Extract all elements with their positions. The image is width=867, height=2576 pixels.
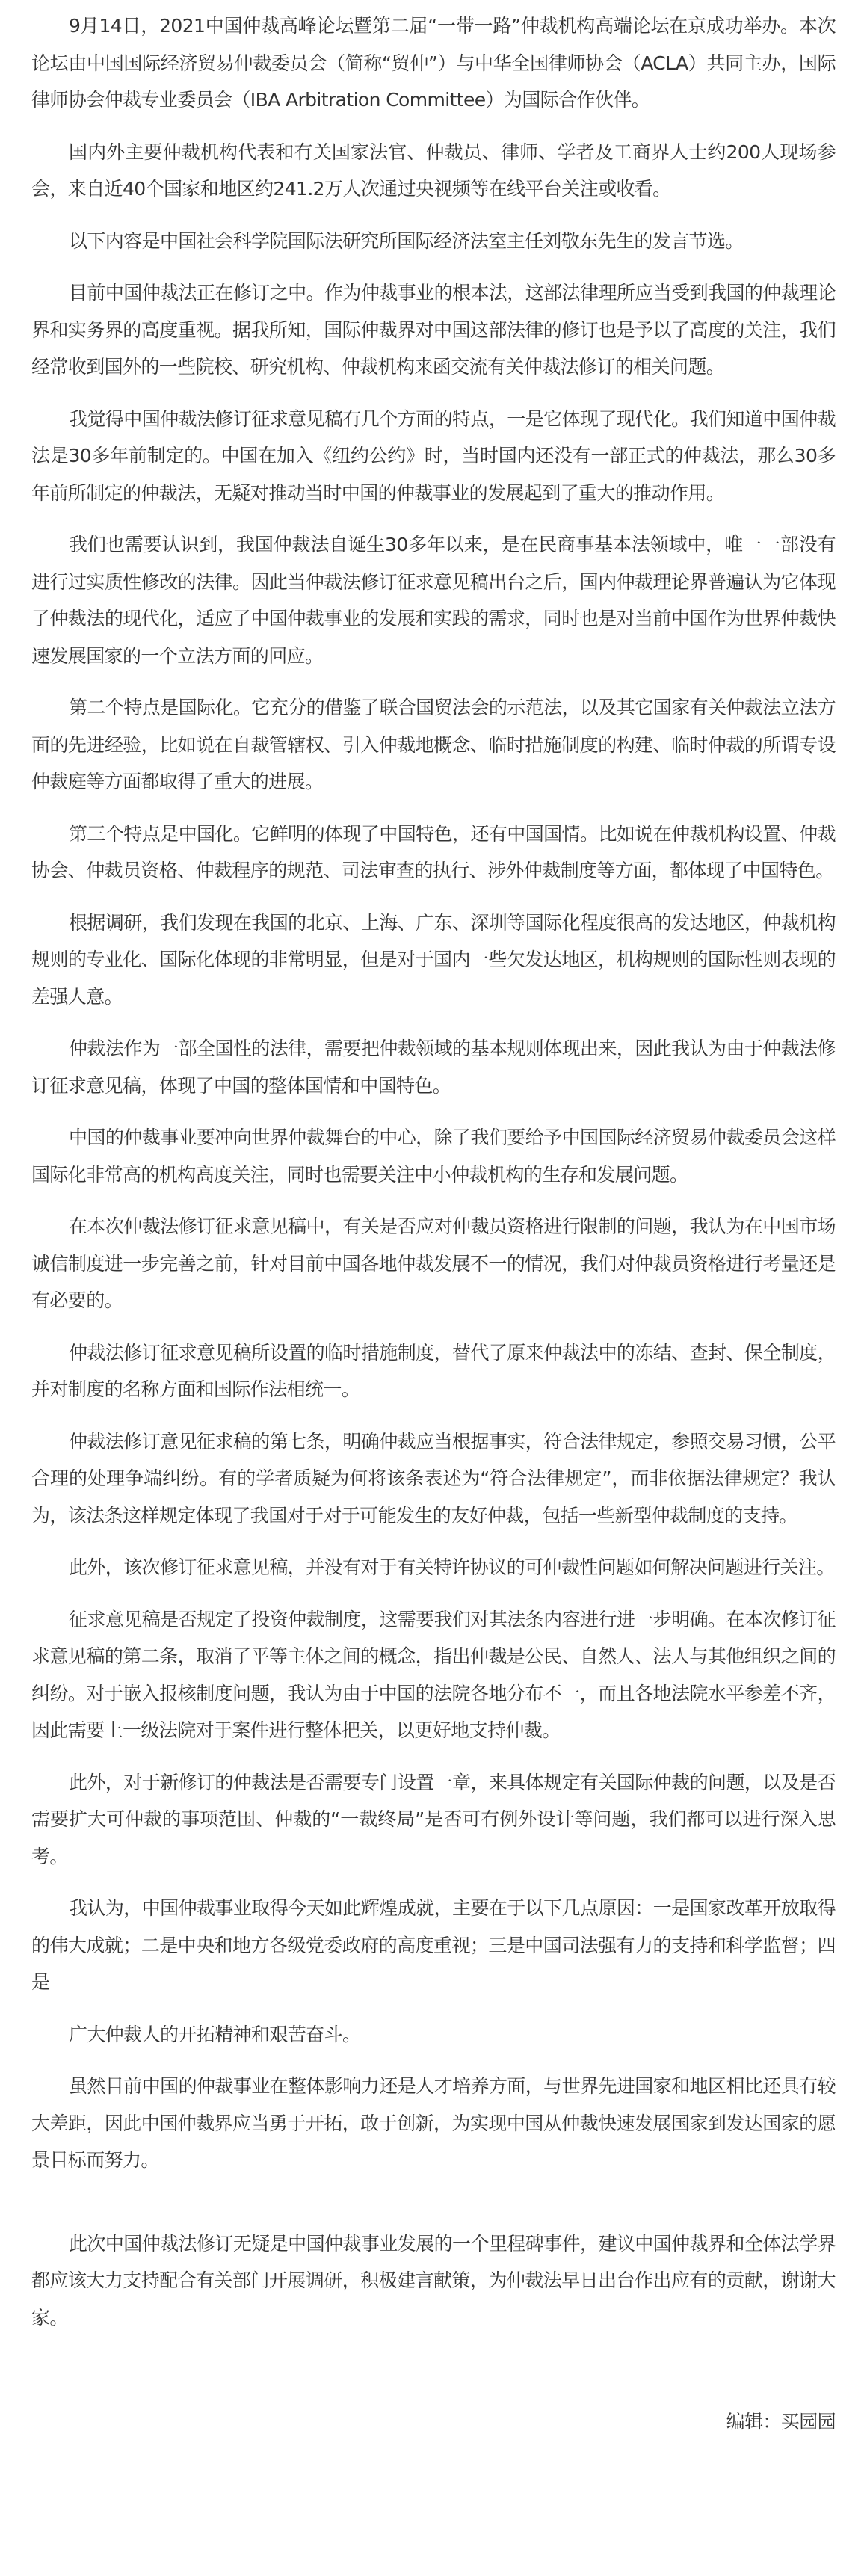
paragraph: 第三个特点是中国化。它鲜明的体现了中国特色，还有中国国情。比如说在仲裁机构设置、…: [31, 816, 836, 890]
paragraph: 仲裁法修订意见征求稿的第七条，明确仲裁应当根据事实，符合法律规定，参照交易习惯，…: [31, 1423, 836, 1535]
paragraph: 仲裁法作为一部全国性的法律，需要把仲裁领域的基本规则体现出来，因此我认为由于仲裁…: [31, 1030, 836, 1104]
paragraph: 此外，对于新修订的仲裁法是否需要专门设置一章，来具体规定有关国际仲裁的问题，以及…: [31, 1764, 836, 1876]
paragraph-intro-attendance: 国内外主要仲裁机构代表和有关国家法官、仲裁员、律师、学者及工商界人士约200人现…: [31, 134, 836, 208]
paragraph-intro-forum: 9月14日，2021中国仲裁高峰论坛暨第二届“一带一路”仲裁机构高端论坛在京成功…: [31, 7, 836, 119]
paragraph: 广大仲裁人的开拓精神和艰苦奋斗。: [31, 2016, 836, 2053]
paragraph: 中国的仲裁事业要冲向世界仲裁舞台的中心，除了我们要给予中国国际经济贸易仲裁委员会…: [31, 1119, 836, 1193]
paragraph: 此外，该次修订征求意见稿，并没有对于有关特许协议的可仲裁性问题如何解决问题进行关…: [31, 1549, 836, 1586]
paragraph: 根据调研，我们发现在我国的北京、上海、广东、深圳等国际化程度很高的发达地区，仲裁…: [31, 905, 836, 1016]
paragraph: 我认为，中国仲裁事业取得今天如此辉煌成就，主要在于以下几点原因：一是国家改革开放…: [31, 1890, 836, 2001]
paragraph: 第二个特点是国际化。它充分的借鉴了联合国贸法会的示范法，以及其它国家有关仲裁法立…: [31, 689, 836, 801]
article-body: 9月14日，2021中国仲裁高峰论坛暨第二届“一带一路”仲裁机构高端论坛在京成功…: [0, 0, 867, 2441]
paragraph: 在本次仲裁法修订征求意见稿中，有关是否应对仲裁员资格进行限制的问题，我认为在中国…: [31, 1208, 836, 1319]
paragraph: 虽然目前中国的仲裁事业在整体影响力还是人才培养方面，与世界先进国家和地区相比还具…: [31, 2068, 836, 2179]
paragraph: 仲裁法修订征求意见稿所设置的临时措施制度，替代了原来仲裁法中的冻结、查封、保全制…: [31, 1334, 836, 1408]
paragraph: 征求意见稿是否规定了投资仲裁制度，这需要我们对其法条内容进行进一步明确。在本次修…: [31, 1601, 836, 1749]
paragraph: 目前中国仲裁法正在修订之中。作为仲裁事业的根本法，这部法律理所应当受到我国的仲裁…: [31, 274, 836, 386]
editor-credit: 编辑：买园园: [31, 2403, 836, 2441]
empty-paragraph: [31, 2194, 836, 2210]
paragraph-intro-speaker: 以下内容是中国社会科学院国际法研究所国际经济法室主任刘敬东先生的发言节选。: [31, 223, 836, 260]
paragraph: 我觉得中国仲裁法修订征求意见稿有几个方面的特点，一是它体现了现代化。我们知道中国…: [31, 401, 836, 512]
paragraph-closing: 此次中国仲裁法修订无疑是中国仲裁事业发展的一个里程碑事件，建议中国仲裁界和全体法…: [31, 2225, 836, 2337]
paragraph: 我们也需要认识到，我国仲裁法自诞生30多年以来，是在民商事基本法领域中，唯一一部…: [31, 526, 836, 674]
